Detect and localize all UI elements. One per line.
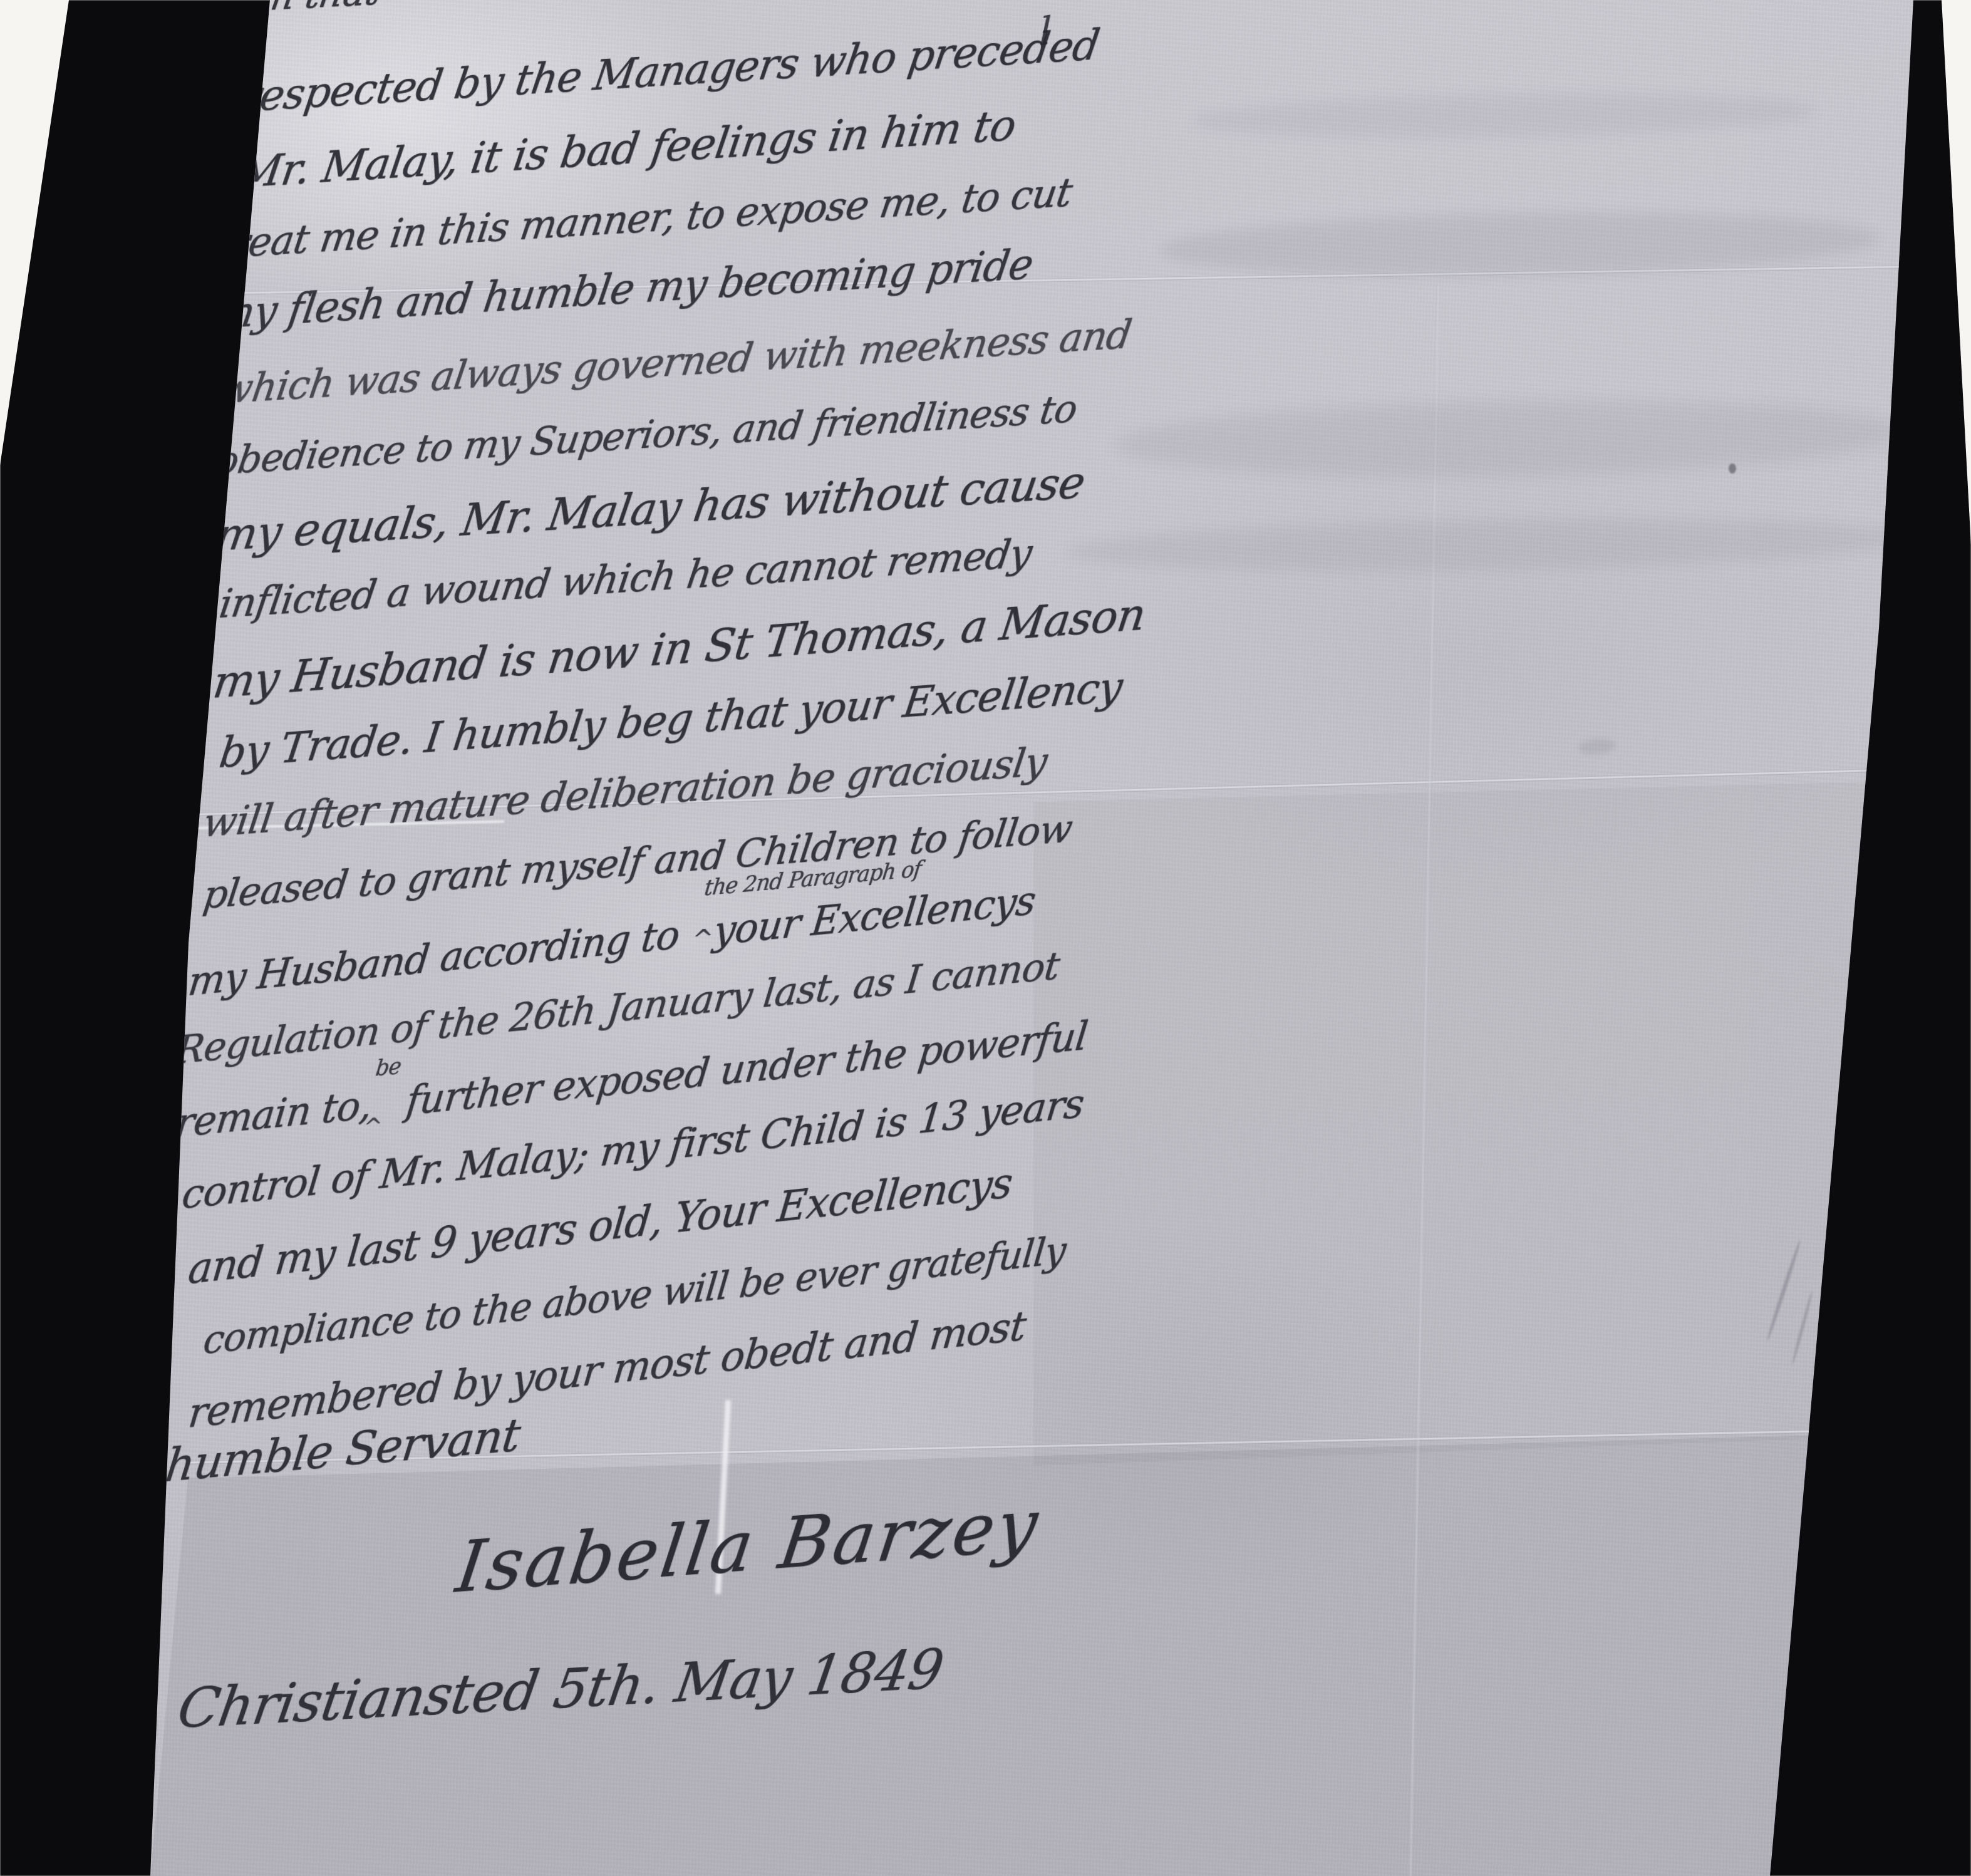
interline-insertion: be (375, 1054, 403, 1081)
letter-paper: respected by the Managers who precededMr… (0, 0, 1971, 1876)
insertion-caret: ^ (690, 924, 714, 955)
photographed-letter: respected by the Managers who precededMr… (0, 0, 1971, 1876)
handwriting-layer: respected by the Managers who precededMr… (0, 0, 1971, 1876)
signature: Isabella Barzey (452, 1484, 1045, 1609)
stray-ink-mark: l (1039, 9, 1052, 54)
dateline: Christiansted 5th. May 1849 (173, 1638, 947, 1741)
insertion-caret: ^ (361, 1113, 383, 1141)
